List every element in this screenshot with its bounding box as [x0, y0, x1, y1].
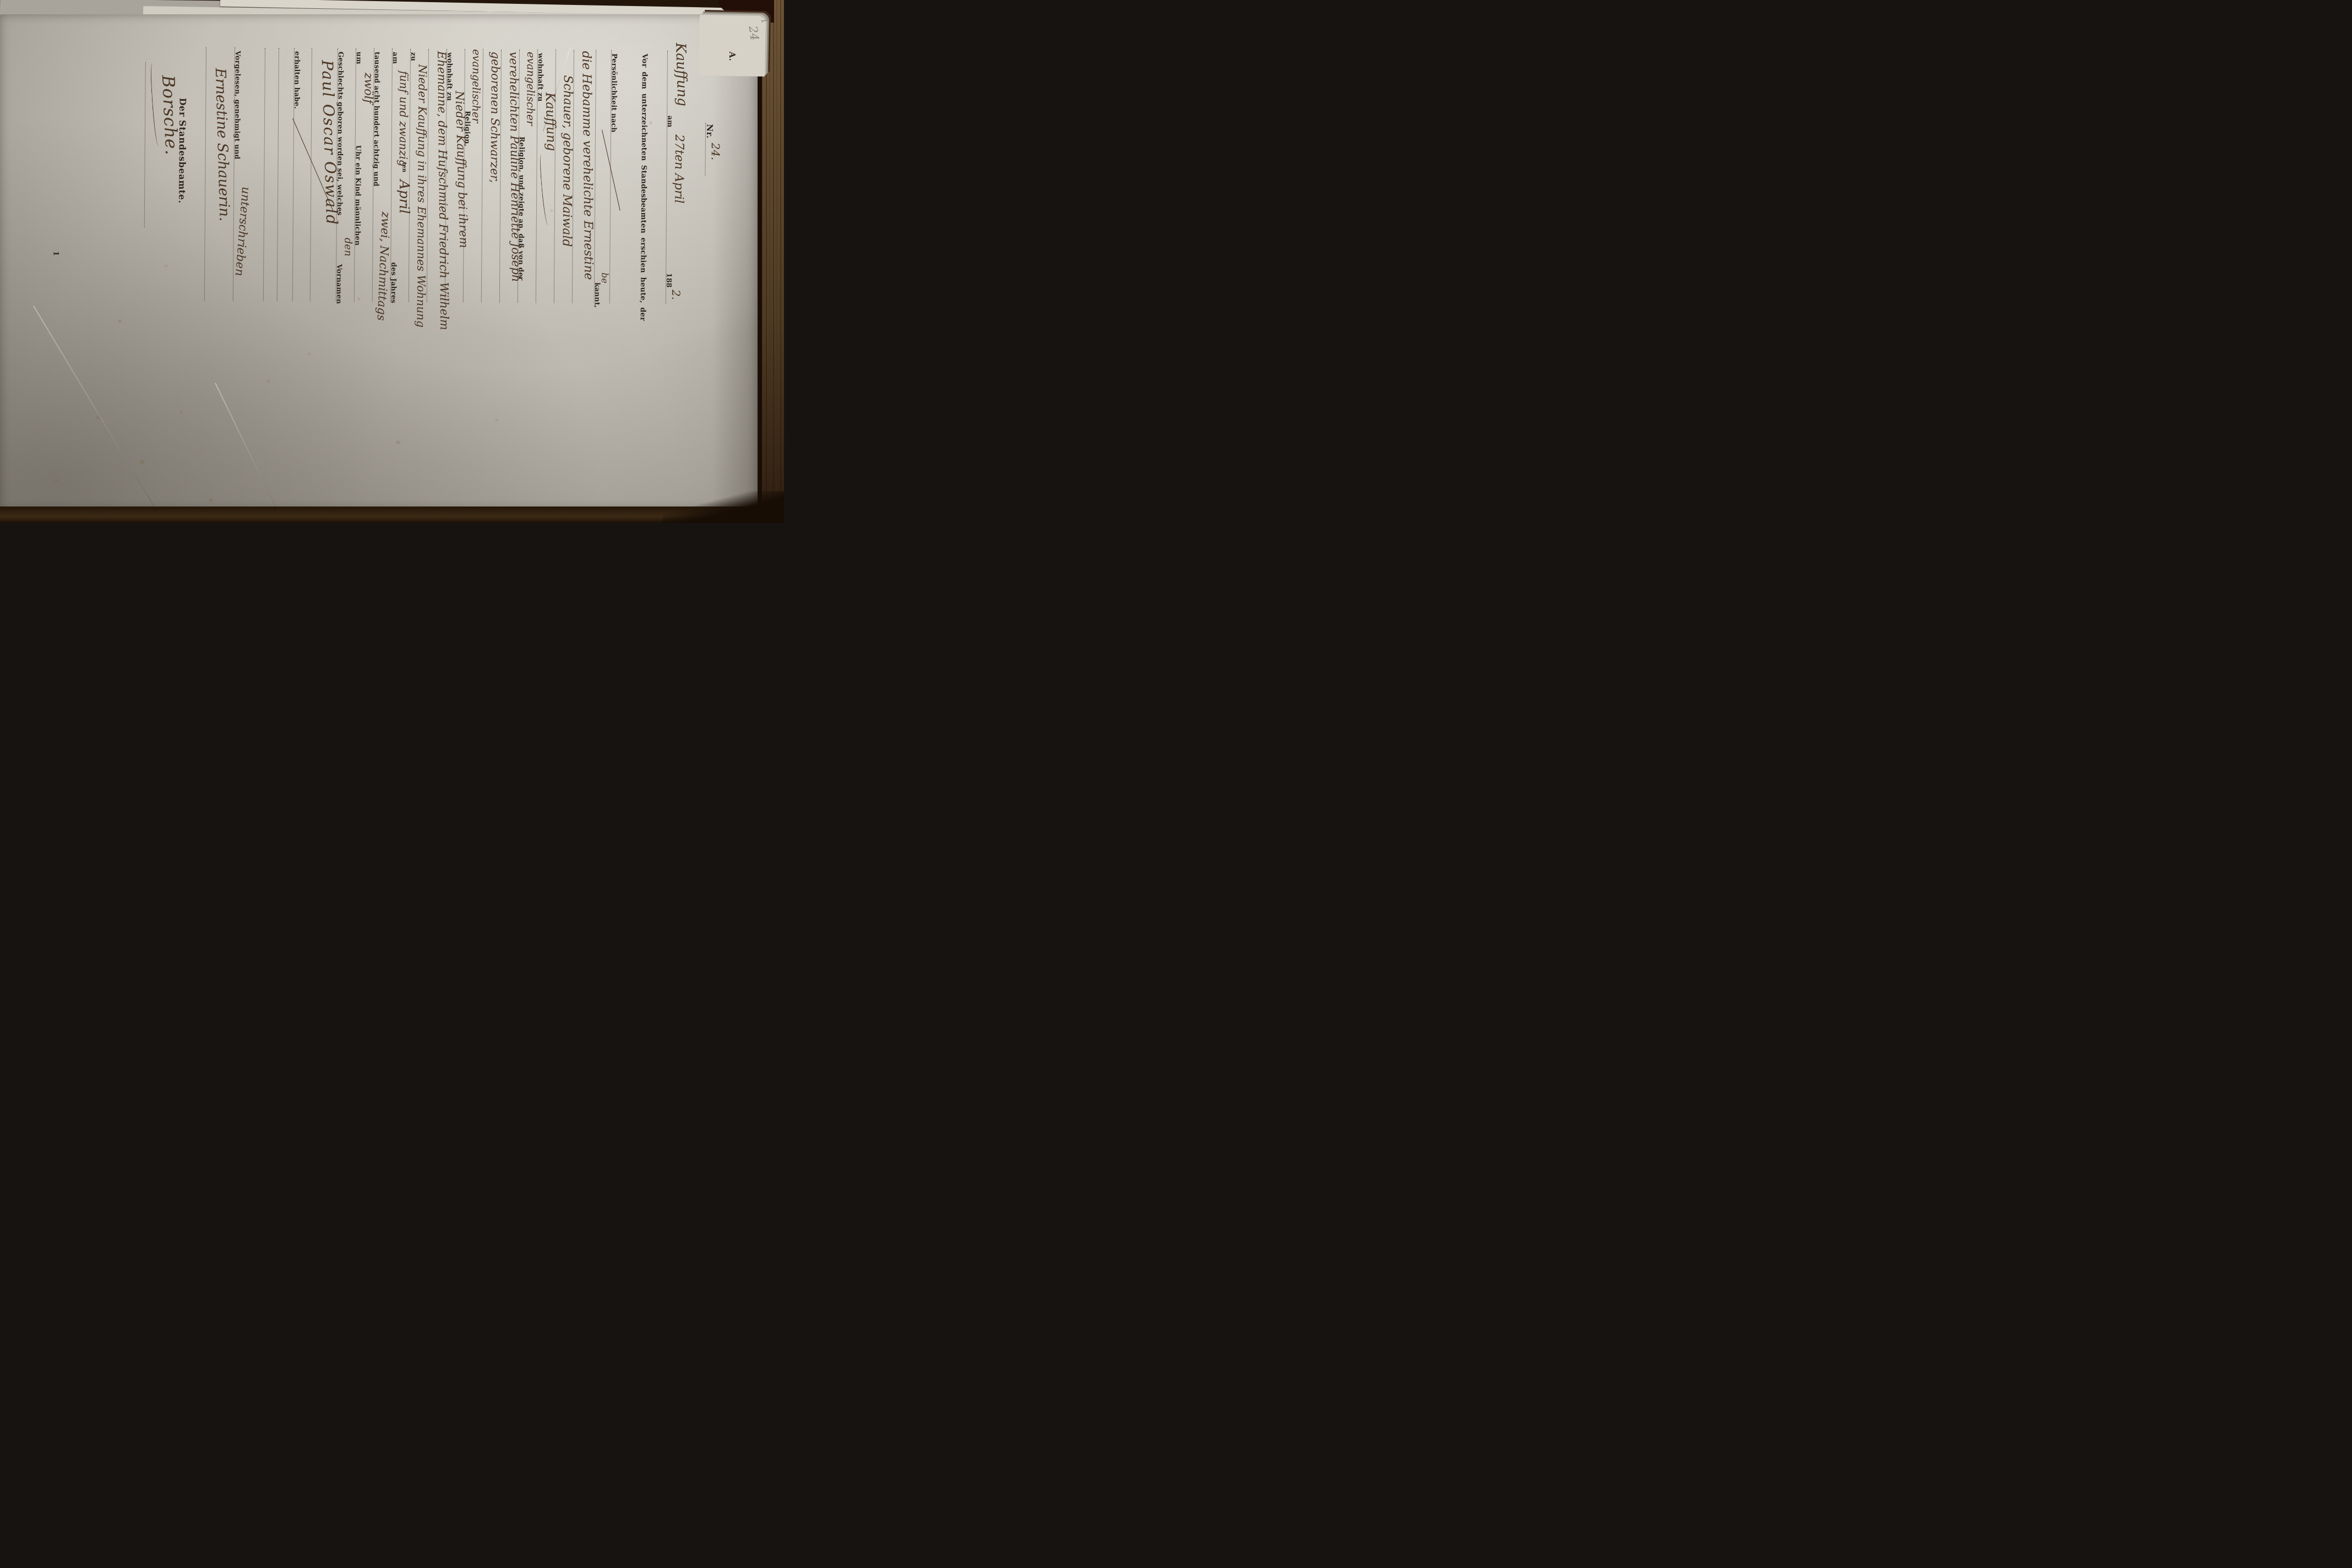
tausend-printed: tausend acht hundert achtzig und: [372, 52, 382, 187]
birthplace-handwritten: Nieder Kauffung in ihres Ehemannes Wohnu…: [414, 64, 429, 328]
paper-crease: [33, 306, 156, 509]
line-birthplace: zu Nieder Kauffung in ihres Ehemannes Wo…: [409, 49, 423, 302]
vorgelesen-printed: Vorgelesen, genehmigt und: [233, 51, 242, 159]
line-child-name: Paul Oscar Oswald: [310, 48, 329, 301]
stain: [209, 499, 213, 502]
record-number-line: Nr. 24.: [705, 123, 718, 176]
year-digit-handwritten: 2.: [669, 290, 683, 300]
blank-line: [277, 48, 291, 301]
registry-book-photo: 1 24 A. Nr. 24. Kauffung am 27ten April …: [0, 0, 784, 523]
mother-name-handwritten: verehelichten Pauline Henriette Joseph: [507, 52, 522, 282]
blank-line: [263, 48, 277, 301]
stain: [180, 411, 182, 413]
sheet-number: 1: [51, 251, 59, 256]
unterschrieben-handwritten: unterschrieben: [233, 186, 253, 276]
line-birth-hour: um zwölf Uhr ein Kind männlichen: [354, 48, 368, 302]
residence-handwritten: Kauffung: [542, 92, 558, 151]
des-jahres-printed: des Jahres: [390, 262, 399, 303]
line-residence-midwife: wohnhaft zu Kauffung: [536, 50, 550, 303]
stain: [496, 419, 498, 421]
record-number-value: 24.: [709, 143, 722, 160]
line-birthdate: am fünf und zwanzig ten April des Jahres: [390, 48, 405, 302]
line-midwife-2: Schauer, geborene Maiwald: [554, 50, 568, 303]
place-name-handwritten: Kauffung: [673, 42, 690, 106]
mother-birthname-handwritten: geborenen Schwarzer,: [488, 52, 502, 183]
line-erhalten-habe: erhalten habe.: [292, 48, 307, 301]
book-cover-edge: [759, 0, 784, 523]
stain: [308, 353, 311, 355]
pen-flourish: [539, 154, 551, 226]
line-place-date: Kauffung am 27ten April 188 2.: [666, 51, 680, 304]
stain: [118, 320, 121, 323]
um-label: um: [355, 52, 363, 64]
signature-rule: [144, 62, 158, 227]
line-intro: Vor dem unterzeichneten Standesbeamten e…: [640, 50, 654, 303]
den-handwritten: den: [342, 238, 353, 257]
zu-label: zu: [410, 52, 418, 62]
midwife-name-handwritten: die Hebamme verehelichte Ernestine: [579, 51, 595, 280]
line-standesbeamte: Der Standesbeamte.: [177, 47, 191, 301]
declarant-signature-handwritten: Ernestine Schauerin.: [212, 68, 233, 221]
stain: [396, 441, 400, 444]
line-declarant-signature: Ernestine Schauerin.: [204, 47, 222, 301]
persoenlichkeit-label: Persönlichkeit nach: [610, 53, 619, 133]
vornamen-label: Vornamen: [335, 264, 344, 304]
book-bottom-right-shadow: [663, 491, 784, 523]
pencil-mark-24: 24: [747, 25, 761, 41]
wood-grain-texture: [759, 0, 784, 523]
line-bekannt: be kannt,: [594, 50, 608, 303]
stain: [267, 380, 270, 383]
record-number-label: Nr.: [705, 124, 715, 138]
date-handwritten: 27ten April: [672, 134, 686, 204]
am-label: am: [391, 52, 400, 64]
hour-handwritten: zwölf: [362, 73, 375, 104]
registrar-signature-handwritten: Borsche.: [158, 75, 182, 156]
ten-suffix-printed: ten: [390, 162, 407, 172]
line-mother-birthname: geborenen Schwarzer,: [481, 49, 496, 302]
erhalten-habe-printed: erhalten habe.: [293, 51, 302, 109]
paper-crease: [215, 383, 284, 522]
religion-handwritten: evangelischer: [524, 52, 537, 126]
intro-text: Vor dem unterzeichneten Standesbeamten e…: [639, 53, 649, 321]
line-vorgelesen: Vorgelesen, genehmigt und unterschrieben: [233, 47, 247, 301]
uhr-kind-printed: Uhr ein Kind männlichen: [354, 145, 363, 246]
label-am: am: [666, 116, 674, 128]
birth-record-form: 1 24 A. Nr. 24. Kauffung am 27ten April …: [17, 46, 761, 304]
bekannt-printed: kannt,: [594, 282, 602, 308]
bekannt-be-handwritten: be: [600, 273, 610, 284]
stain: [55, 480, 58, 482]
year-printed: 188: [665, 273, 673, 288]
midwife-surname-handwritten: Schauer, geborene Maiwald: [560, 75, 575, 247]
line-persoenlichkeit: Persönlichkeit nach: [609, 50, 624, 303]
stain: [140, 460, 144, 464]
birth-day-handwritten: fünf und zwanzig: [397, 70, 411, 166]
birth-month-handwritten: April: [396, 179, 412, 214]
